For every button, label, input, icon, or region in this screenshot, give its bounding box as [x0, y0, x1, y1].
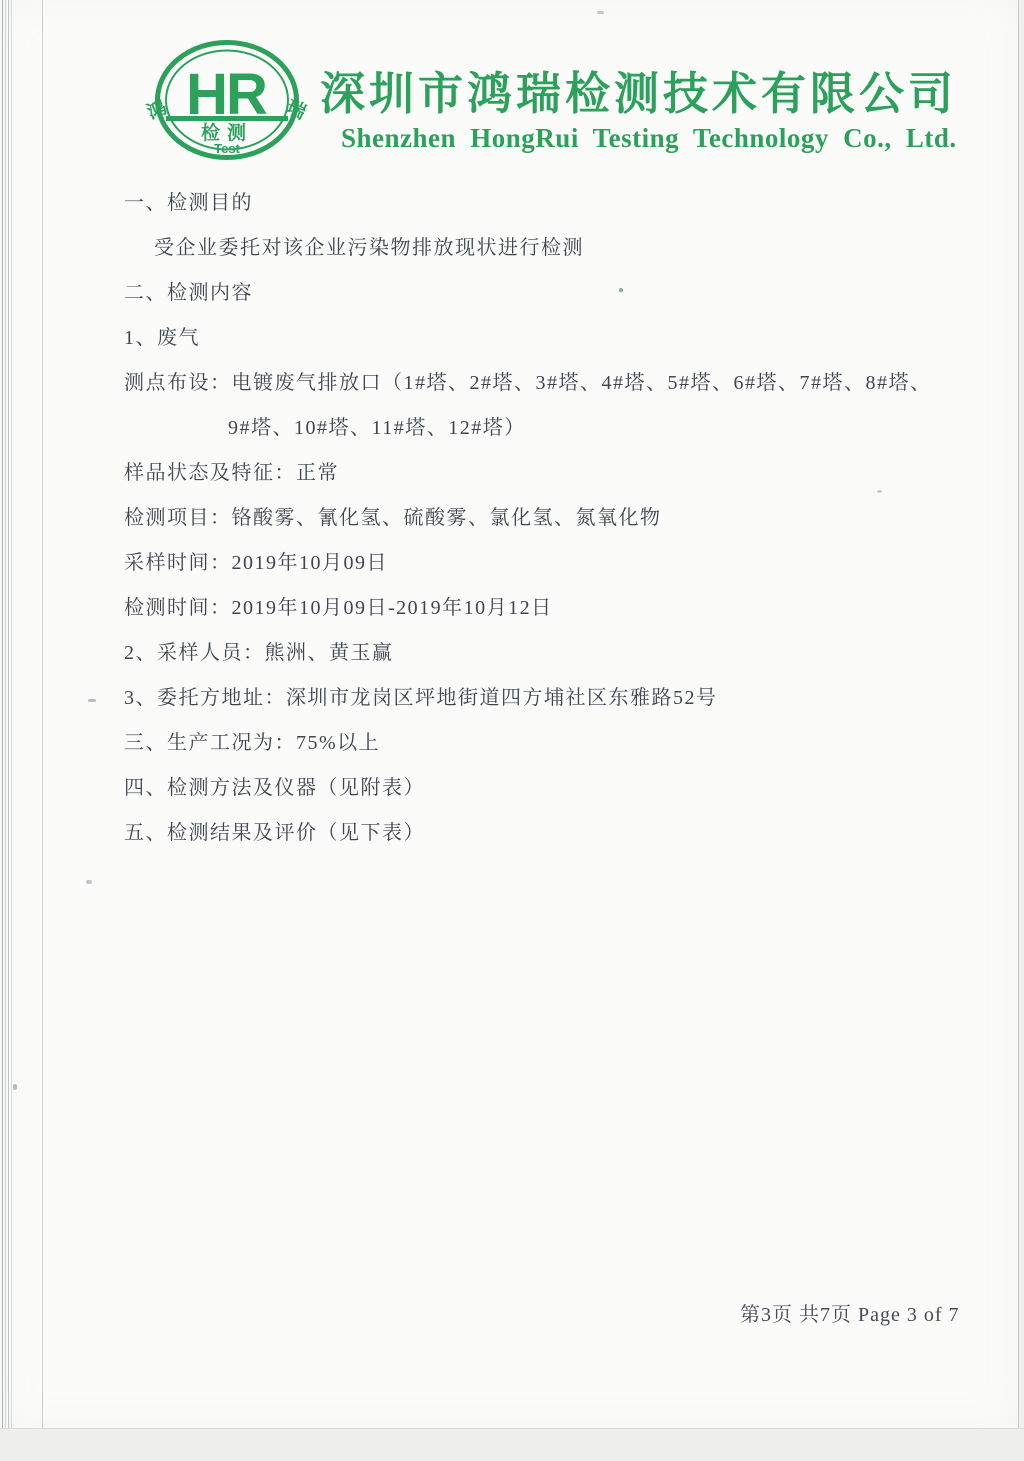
scan-edge-line [5, 0, 6, 1428]
report-line: 样品状态及特征：正常 [124, 448, 954, 493]
scanned-document: HR 检测 Test 鸿 瑞 深圳市鸿瑞检测技术有限公司 Shenzhen Ho… [0, 0, 1024, 1461]
report-line: 一、检测目的 [124, 178, 954, 223]
scan-speck [619, 288, 623, 292]
logo-sub-label-en: Test [214, 141, 240, 156]
scan-speck [86, 880, 92, 884]
scan-speck [88, 699, 96, 702]
report-line: 3、委托方地址：深圳市龙岗区坪地街道四方埔社区东雅路52号 [124, 673, 954, 718]
report-line: 受企业委托对该企业污染物排放现状进行检测 [124, 223, 954, 268]
report-line: 采样时间：2019年10月09日 [124, 538, 954, 583]
report-line: 9#塔、10#塔、11#塔、12#塔） [124, 403, 954, 448]
page-number: 第3页 共7页 Page 3 of 7 [740, 1298, 960, 1327]
report-line: 测点布设：电镀废气排放口（1#塔、2#塔、3#塔、4#塔、5#塔、6#塔、7#塔… [124, 358, 954, 403]
paper-page: HR 检测 Test 鸿 瑞 深圳市鸿瑞检测技术有限公司 Shenzhen Ho… [0, 0, 1019, 1428]
report-line: 三、生产工况为：75%以上 [124, 718, 954, 763]
report-body: 一、检测目的 受企业委托对该企业污染物排放现状进行检测 二、检测内容 1、废气 … [124, 178, 954, 853]
scan-speck [13, 1084, 17, 1090]
report-line: 检测时间：2019年10月09日-2019年10月12日 [124, 583, 954, 628]
report-line: 五、检测结果及评价（见下表） [124, 808, 954, 853]
scan-speck [877, 490, 882, 493]
report-line: 检测项目：铬酸雾、氰化氢、硫酸雾、氯化氢、氮氧化物 [124, 493, 954, 538]
company-name-zh: 深圳市鸿瑞检测技术有限公司 [320, 57, 957, 122]
report-line: 2、采样人员：熊洲、黄玉赢 [124, 628, 954, 673]
scan-edge-line [11, 0, 12, 1428]
report-line: 1、废气 [124, 313, 954, 358]
scan-speck [597, 11, 604, 14]
company-name-en: Shenzhen HongRui Testing Technology Co.,… [341, 123, 957, 154]
hongrui-logo-icon: HR 检测 Test 鸿 瑞 [140, 36, 312, 168]
report-line: 二、检测内容 [124, 268, 954, 313]
scan-edge-line [42, 0, 43, 1428]
scan-edge-line [2, 0, 3, 1428]
scan-edge-line [8, 0, 9, 1428]
report-line: 四、检测方法及仪器（见附表） [124, 763, 954, 808]
logo-divider-bar [166, 116, 288, 121]
scanner-background [0, 1428, 1024, 1461]
